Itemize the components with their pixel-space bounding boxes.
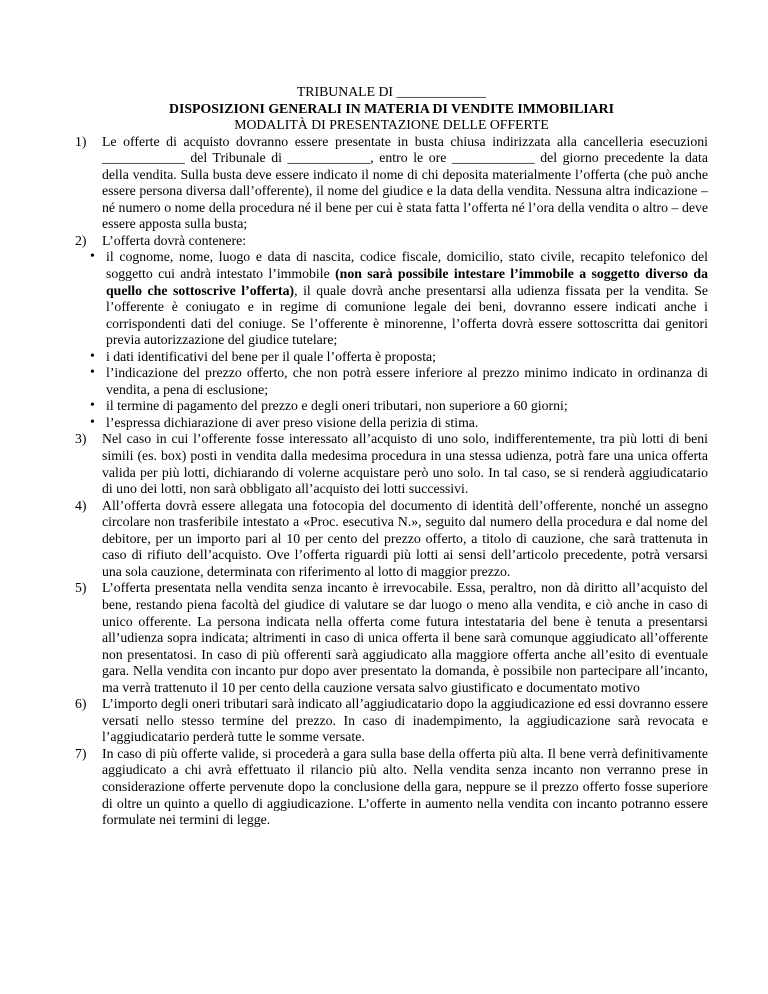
bullet-icon: • (90, 414, 95, 431)
list-item-4: 4) All’offerta dovrà essere allegata una… (75, 498, 708, 581)
list-item-6-number: 6) (75, 696, 87, 713)
bullet-icon: • (90, 364, 95, 381)
document-page: TRIBUNALE DI _____________ DISPOSIZIONI … (0, 0, 768, 829)
bullet-item-3-text: l’indicazione del prezzo offerto, che no… (106, 365, 708, 397)
bullet-icon: • (90, 348, 95, 365)
bullet-item-2-text: i dati identificativi del bene per il qu… (106, 349, 436, 364)
list-item-4-text: All’offerta dovrà essere allegata una fo… (102, 498, 708, 579)
list-item-3-text: Nel caso in cui l’offerente fosse intere… (102, 431, 708, 496)
bullet-icon: • (90, 397, 95, 414)
document-subtitle: MODALITÀ DI PRESENTAZIONE DELLE OFFERTE (75, 117, 708, 134)
list-item-2: 2) L’offerta dovrà contenere: (75, 233, 708, 250)
list-item-6: 6) L’importo degli oneri tributari sarà … (75, 696, 708, 746)
list-item-7: 7) In caso di più offerte valide, si pro… (75, 746, 708, 829)
list-item-3-number: 3) (75, 431, 87, 448)
bullet-item-1: • il cognome, nome, luogo e data di nasc… (75, 249, 708, 348)
list-item-7-number: 7) (75, 746, 87, 763)
list-item-5-text: L’offerta presentata nella vendita senza… (102, 580, 708, 694)
list-item-1-number: 1) (75, 134, 87, 151)
list-item-2-number: 2) (75, 233, 87, 250)
list-item-6-text: L’importo degli oneri tributari sarà ind… (102, 696, 708, 744)
bullet-item-3: • l’indicazione del prezzo offerto, che … (75, 365, 708, 398)
list-item-4-number: 4) (75, 498, 87, 515)
list-item-5-number: 5) (75, 580, 87, 597)
bullet-item-5: • l’espressa dichiarazione di aver preso… (75, 415, 708, 432)
list-item-2-text: L’offerta dovrà contenere: (102, 233, 246, 248)
list-item-5: 5) L’offerta presentata nella vendita se… (75, 580, 708, 696)
list-item-7-text: In caso di più offerte valide, si proced… (102, 746, 708, 827)
list-item-1-text: Le offerte di acquisto dovranno essere p… (102, 134, 708, 232)
bullet-item-4-text: il termine di pagamento del prezzo e deg… (106, 398, 568, 413)
list-item-3: 3) Nel caso in cui l’offerente fosse int… (75, 431, 708, 497)
document-title-main: DISPOSIZIONI GENERALI IN MATERIA DI VEND… (75, 101, 708, 118)
list-item-1: 1) Le offerte di acquisto dovranno esser… (75, 134, 708, 233)
bullet-item-4: • il termine di pagamento del prezzo e d… (75, 398, 708, 415)
bullet-item-5-text: l’espressa dichiarazione di aver preso v… (106, 415, 478, 430)
document-title-court: TRIBUNALE DI _____________ (75, 84, 708, 101)
bullet-icon: • (90, 248, 95, 265)
bullet-item-2: • i dati identificativi del bene per il … (75, 349, 708, 366)
